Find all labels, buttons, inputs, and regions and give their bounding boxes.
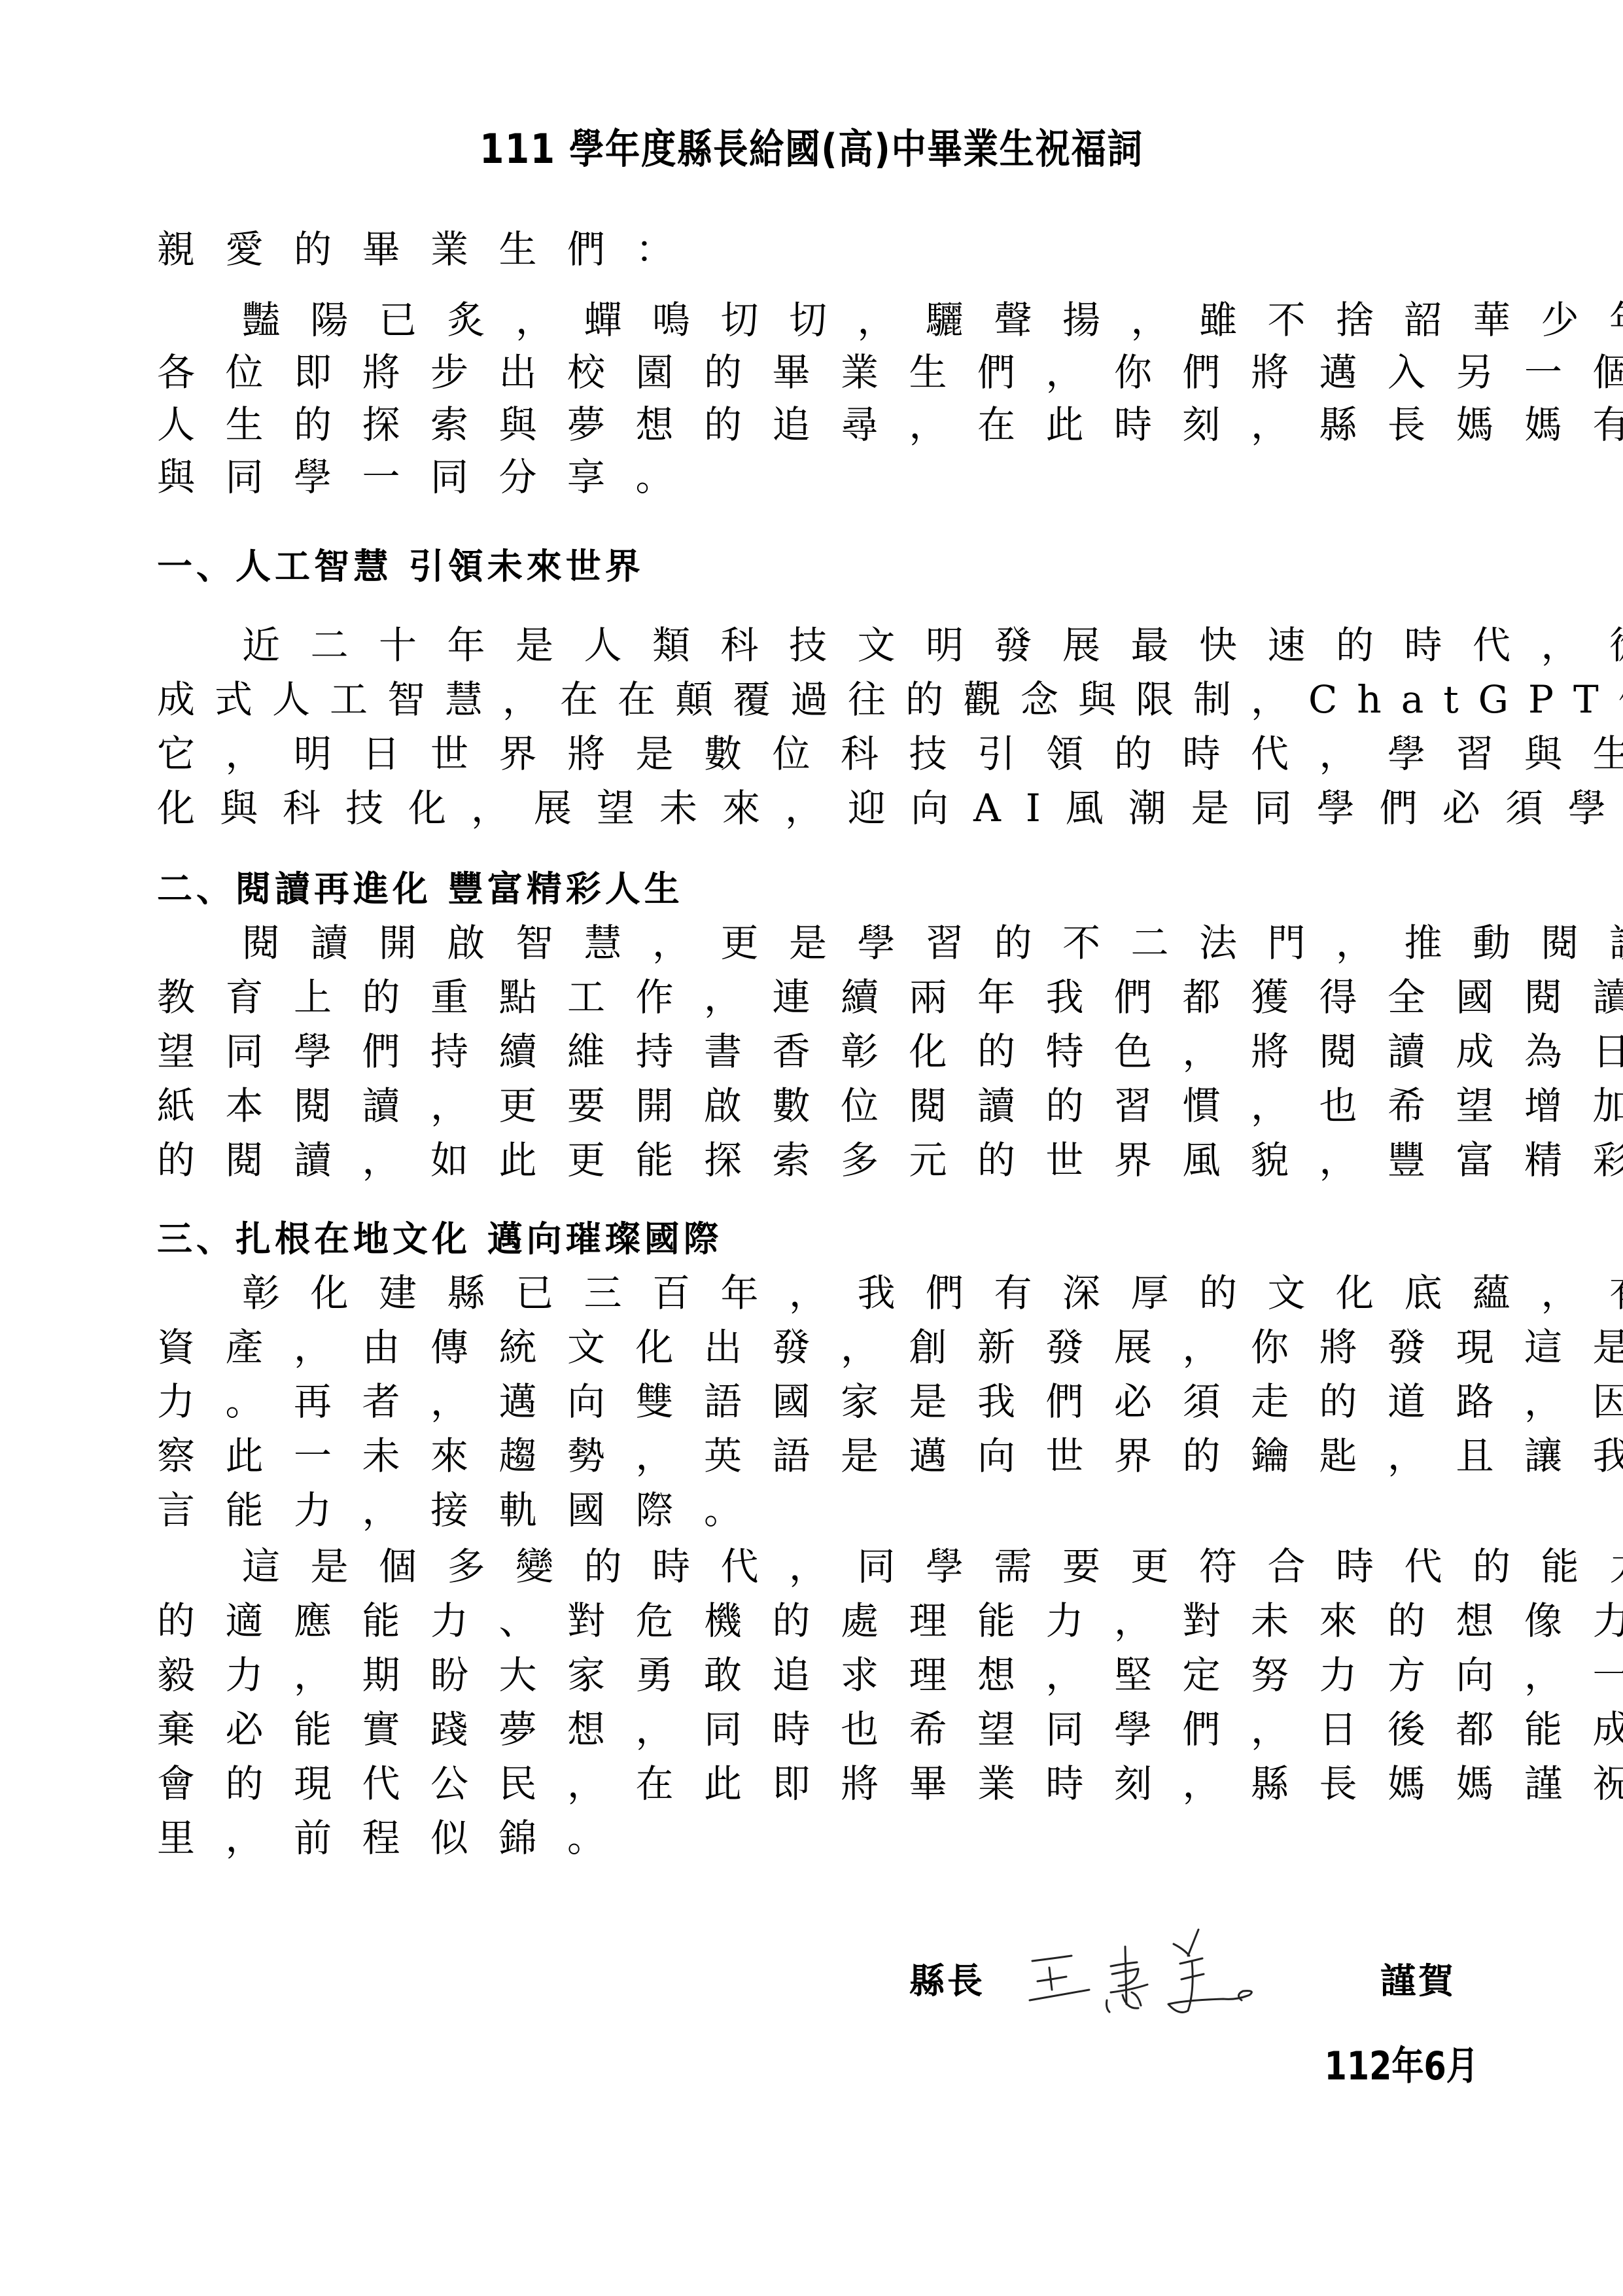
- section-line: 望同學們持續維持書香彰化的特色，將閱讀成為日常；此外，除了: [157, 1028, 1472, 1075]
- section-line: 彰化建縣已三百年，我們有深厚的文化底蘊，有最可貴的歷史: [242, 1269, 1472, 1316]
- section-line: 的閱讀，如此更能探索多元的世界風貌，豐富精彩人生。: [157, 1137, 1472, 1184]
- section-line: 它，明日世界將是數位科技引領的時代，學習與生活也將走向數位: [157, 730, 1472, 777]
- closing-line: 會的現代公民，在此即將畢業時刻，縣長媽媽謹祝各位同學鵬程萬: [157, 1760, 1472, 1807]
- date: 112年6月: [1173, 2035, 1478, 2091]
- section-line: 教育上的重點工作，連續兩年我們都獲得全國閱讀力績優佳績，希: [157, 974, 1472, 1021]
- section-line: 閱讀開啟智慧，更是學習的不二法門，推動閱讀一直是我們在: [242, 919, 1472, 966]
- closing-label: 謹賀: [1380, 1953, 1456, 2004]
- closing-line: 里，前程似錦。: [157, 1814, 1472, 1862]
- closing-line: 這是個多變的時代，同學需要更符合時代的能力，包含對環境: [242, 1543, 1472, 1590]
- section-line: 資產，由傳統文化出發，創新發展，你將發現這是我們最佳的競爭: [157, 1324, 1472, 1371]
- section-heading-culture: 三、扎根在地文化 邁向璀璨國際: [157, 1216, 723, 1263]
- intro-line: 各位即將步出校園的畢業生們，你們將邁入另一個求學階段，展開: [157, 349, 1472, 396]
- salutation: 親愛的畢業生們：: [157, 226, 1472, 273]
- section-line: 力。再者，邁向雙語國家是我們必須走的道路，因此希望同學能體: [157, 1378, 1472, 1425]
- handwritten-signature: [1027, 1927, 1361, 2025]
- title-label: 縣長: [909, 1953, 985, 2004]
- document-page: 111 學年度縣長給國(高)中畢業生祝福詞 親愛的畢業生們： 豔陽已炙，蟬鳴切切…: [0, 0, 1623, 2296]
- closing-line: 的適應能力、對危機的處理能力，對未來的想像力與對夢想的堅持: [157, 1597, 1472, 1644]
- section-line: 紙本閱讀，更要開啟數位閱讀的習慣，也希望增加圖像與多元文本: [157, 1082, 1472, 1129]
- section-line: 近二十年是人類科技文明發展最快速的時代，從智慧手機到生: [242, 622, 1472, 669]
- closing-line: 毅力，期盼大家勇敢追求理想，堅定努力方向，一步一腳印，不放: [157, 1651, 1472, 1699]
- signature-block: 縣長: [909, 1927, 1472, 2025]
- intro-line: 與同學一同分享。: [157, 453, 1472, 501]
- intro-line: 豔陽已炙，蟬鳴切切，驪聲揚，雖不捨韶華少年時，離別已然，: [242, 296, 1472, 344]
- section-line: 成式人工智慧，在在顛覆過往的觀念與限制，ChatGPT你不能不認識: [157, 676, 1472, 723]
- section-line: 化與科技化，展望未來，迎向AI風潮是同學們必須學習的首要課題。: [157, 785, 1472, 832]
- closing-line: 棄必能實踐夢想，同時也希望同學們，日後都能成為一位能回饋社: [157, 1706, 1472, 1753]
- section-line: 察此一未來趨勢，英語是邁向世界的鑰匙，且讓我們增進自身的語: [157, 1432, 1472, 1479]
- page-title: 111 學年度縣長給國(高)中畢業生祝福詞: [114, 116, 1510, 175]
- intro-line: 人生的探索與夢想的追尋，在此時刻，縣長媽媽有些祝福與叮嚀想: [157, 401, 1472, 448]
- section-heading-ai: 一、人工智慧 引領未來世界: [157, 543, 644, 590]
- section-heading-reading: 二、閱讀再進化 豐富精彩人生: [157, 866, 684, 913]
- section-line: 言能力，接軌國際。: [157, 1487, 1472, 1534]
